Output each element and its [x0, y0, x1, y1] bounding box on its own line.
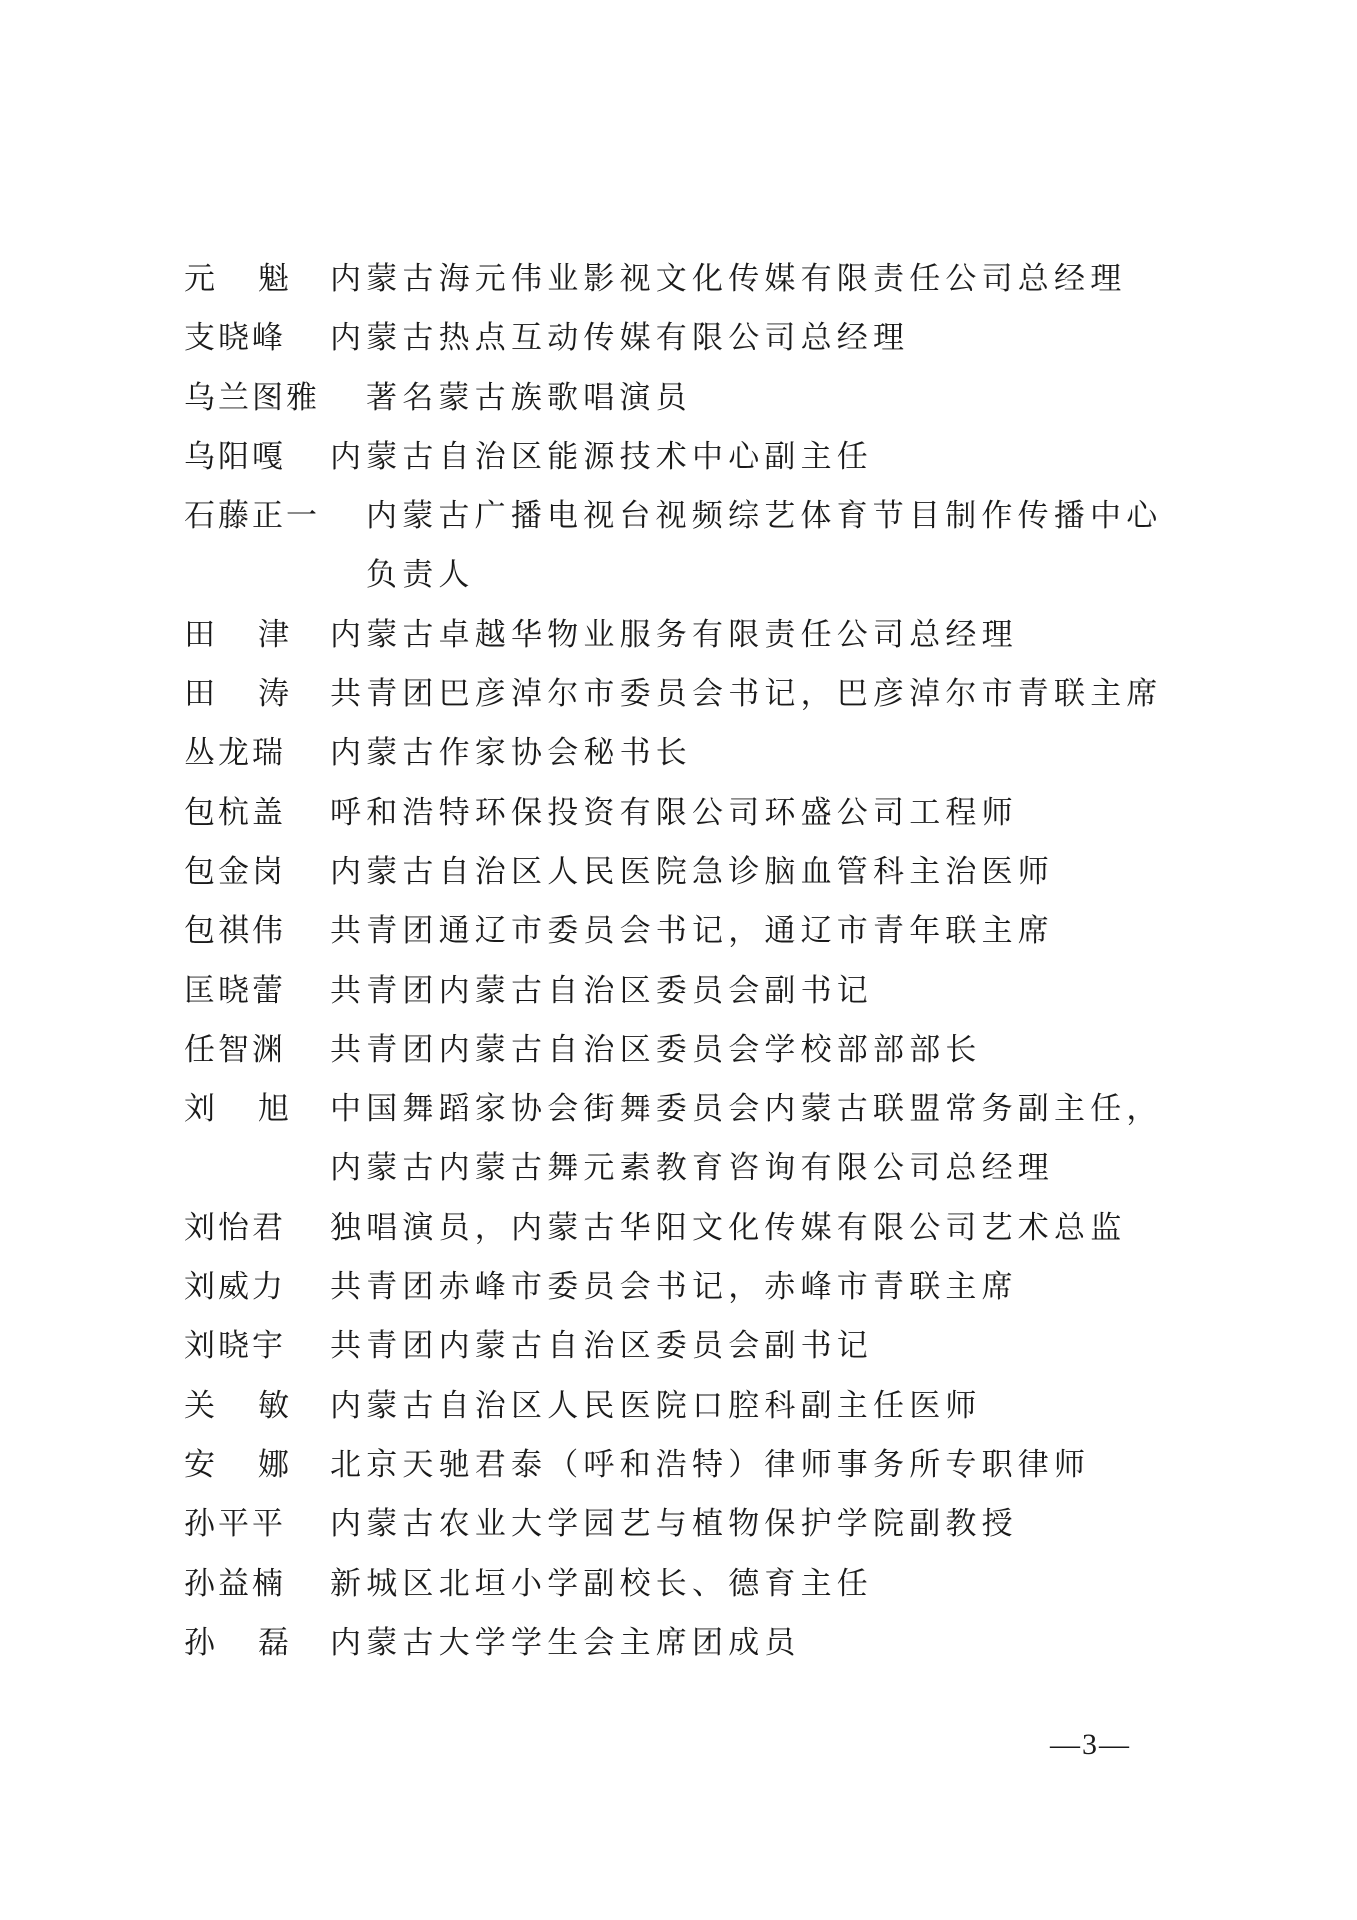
member-name: 孙平平 — [184, 1495, 330, 1554]
member-title: 共青团内蒙古自治区委员会学校部部部长 — [330, 1021, 982, 1080]
member-title: 呼和浩特环保投资有限公司环盛公司工程师 — [330, 784, 1018, 843]
member-name: 刘晓宇 — [184, 1317, 330, 1376]
member-title: 内蒙古农业大学园艺与植物保护学院副教授 — [330, 1495, 1018, 1554]
name-char: 磊 — [258, 1614, 292, 1673]
list-item: 孙益楠 新城区北垣小学副校长、德育主任 — [184, 1555, 1194, 1614]
member-title: 内蒙古广播电视台视频综艺体育节目制作传播中心负责人 — [366, 487, 1194, 606]
list-item: 任智渊 共青团内蒙古自治区委员会学校部部部长 — [184, 1021, 1194, 1080]
member-title: 内蒙古卓越华物业服务有限责任公司总经理 — [330, 606, 1018, 665]
list-item: 安娜 北京天驰君泰（呼和浩特）律师事务所专职律师 — [184, 1436, 1194, 1495]
list-item: 刘晓宇 共青团内蒙古自治区委员会副书记 — [184, 1317, 1194, 1376]
member-name: 安娜 — [184, 1436, 330, 1495]
member-title: 著名蒙古族歌唱演员 — [366, 369, 692, 428]
name-char: 孙 — [184, 1614, 218, 1673]
member-title: 共青团内蒙古自治区委员会副书记 — [330, 962, 873, 1021]
list-item: 乌兰图雅 著名蒙古族歌唱演员 — [184, 369, 1194, 428]
document-page: 元魁 内蒙古海元伟业影视文化传媒有限责任公司总经理 支晓峰 内蒙古热点互动传媒有… — [0, 0, 1357, 1920]
member-title: 共青团巴彦淖尔市委员会书记，巴彦淖尔市青联主席 — [330, 665, 1163, 724]
list-item: 乌阳嘎 内蒙古自治区能源技术中心副主任 — [184, 428, 1194, 487]
member-name: 孙益楠 — [184, 1555, 330, 1614]
member-title: 中国舞蹈家协会街舞委员会内蒙古联盟常务副主任，内蒙古内蒙古舞元素教育咨询有限公司… — [330, 1080, 1194, 1199]
member-title: 北京天驰君泰（呼和浩特）律师事务所专职律师 — [330, 1436, 1090, 1495]
member-title: 共青团内蒙古自治区委员会副书记 — [330, 1317, 873, 1376]
member-title: 内蒙古海元伟业影视文化传媒有限责任公司总经理 — [330, 250, 1126, 309]
name-char: 津 — [258, 606, 292, 665]
member-name: 乌兰图雅 — [184, 369, 366, 428]
member-title: 内蒙古大学学生会主席团成员 — [330, 1614, 801, 1673]
member-name: 田涛 — [184, 665, 330, 724]
member-title: 共青团赤峰市委员会书记，赤峰市青联主席 — [330, 1258, 1018, 1317]
member-title: 内蒙古作家协会秘书长 — [330, 724, 692, 783]
list-item: 包祺伟 共青团通辽市委员会书记，通辽市青年联主席 — [184, 902, 1194, 961]
name-char: 元 — [184, 250, 218, 309]
name-char: 安 — [184, 1436, 218, 1495]
member-title: 内蒙古自治区人民医院急诊脑血管科主治医师 — [330, 843, 1054, 902]
member-name: 关敏 — [184, 1377, 330, 1436]
name-char: 刘 — [184, 1080, 218, 1139]
list-item: 田津 内蒙古卓越华物业服务有限责任公司总经理 — [184, 606, 1194, 665]
member-name: 包杭盖 — [184, 784, 330, 843]
member-name: 田津 — [184, 606, 330, 665]
member-title: 内蒙古热点互动传媒有限公司总经理 — [330, 309, 909, 368]
list-item: 刘旭 中国舞蹈家协会街舞委员会内蒙古联盟常务副主任，内蒙古内蒙古舞元素教育咨询有… — [184, 1080, 1194, 1199]
member-name: 丛龙瑞 — [184, 724, 330, 783]
member-title: 共青团通辽市委员会书记，通辽市青年联主席 — [330, 902, 1054, 961]
member-name: 石藤正一 — [184, 487, 366, 546]
member-name: 孙磊 — [184, 1614, 330, 1673]
name-char: 敏 — [258, 1377, 292, 1436]
list-item: 支晓峰 内蒙古热点互动传媒有限公司总经理 — [184, 309, 1194, 368]
member-name: 匡晓蕾 — [184, 962, 330, 1021]
list-item: 包杭盖 呼和浩特环保投资有限公司环盛公司工程师 — [184, 784, 1194, 843]
member-title: 内蒙古自治区人民医院口腔科副主任医师 — [330, 1377, 982, 1436]
name-char: 娜 — [258, 1436, 292, 1495]
page-number: —3— — [1050, 1728, 1131, 1762]
member-name: 刘怡君 — [184, 1199, 330, 1258]
member-name: 任智渊 — [184, 1021, 330, 1080]
name-char: 魁 — [258, 250, 292, 309]
member-title: 独唱演员，内蒙古华阳文化传媒有限公司艺术总监 — [330, 1199, 1126, 1258]
member-title: 内蒙古自治区能源技术中心副主任 — [330, 428, 873, 487]
member-name: 支晓峰 — [184, 309, 330, 368]
list-item: 孙磊 内蒙古大学学生会主席团成员 — [184, 1614, 1194, 1673]
member-name: 包金岗 — [184, 843, 330, 902]
member-name: 刘威力 — [184, 1258, 330, 1317]
member-title: 新城区北垣小学副校长、德育主任 — [330, 1555, 873, 1614]
name-char: 田 — [184, 665, 218, 724]
list-item: 元魁 内蒙古海元伟业影视文化传媒有限责任公司总经理 — [184, 250, 1194, 309]
name-char: 涛 — [258, 665, 292, 724]
list-item: 孙平平 内蒙古农业大学园艺与植物保护学院副教授 — [184, 1495, 1194, 1554]
member-name: 刘旭 — [184, 1080, 330, 1139]
list-item: 田涛 共青团巴彦淖尔市委员会书记，巴彦淖尔市青联主席 — [184, 665, 1194, 724]
list-item: 丛龙瑞 内蒙古作家协会秘书长 — [184, 724, 1194, 783]
list-item: 刘怡君 独唱演员，内蒙古华阳文化传媒有限公司艺术总监 — [184, 1199, 1194, 1258]
name-char: 关 — [184, 1377, 218, 1436]
name-char: 田 — [184, 606, 218, 665]
list-item: 石藤正一 内蒙古广播电视台视频综艺体育节目制作传播中心负责人 — [184, 487, 1194, 606]
list-item: 关敏 内蒙古自治区人民医院口腔科副主任医师 — [184, 1377, 1194, 1436]
member-name: 乌阳嘎 — [184, 428, 330, 487]
list-item: 包金岗 内蒙古自治区人民医院急诊脑血管科主治医师 — [184, 843, 1194, 902]
member-name: 元魁 — [184, 250, 330, 309]
list-item: 刘威力 共青团赤峰市委员会书记，赤峰市青联主席 — [184, 1258, 1194, 1317]
name-char: 旭 — [258, 1080, 292, 1139]
list-item: 匡晓蕾 共青团内蒙古自治区委员会副书记 — [184, 962, 1194, 1021]
member-name: 包祺伟 — [184, 902, 330, 961]
member-list: 元魁 内蒙古海元伟业影视文化传媒有限责任公司总经理 支晓峰 内蒙古热点互动传媒有… — [184, 250, 1194, 1673]
